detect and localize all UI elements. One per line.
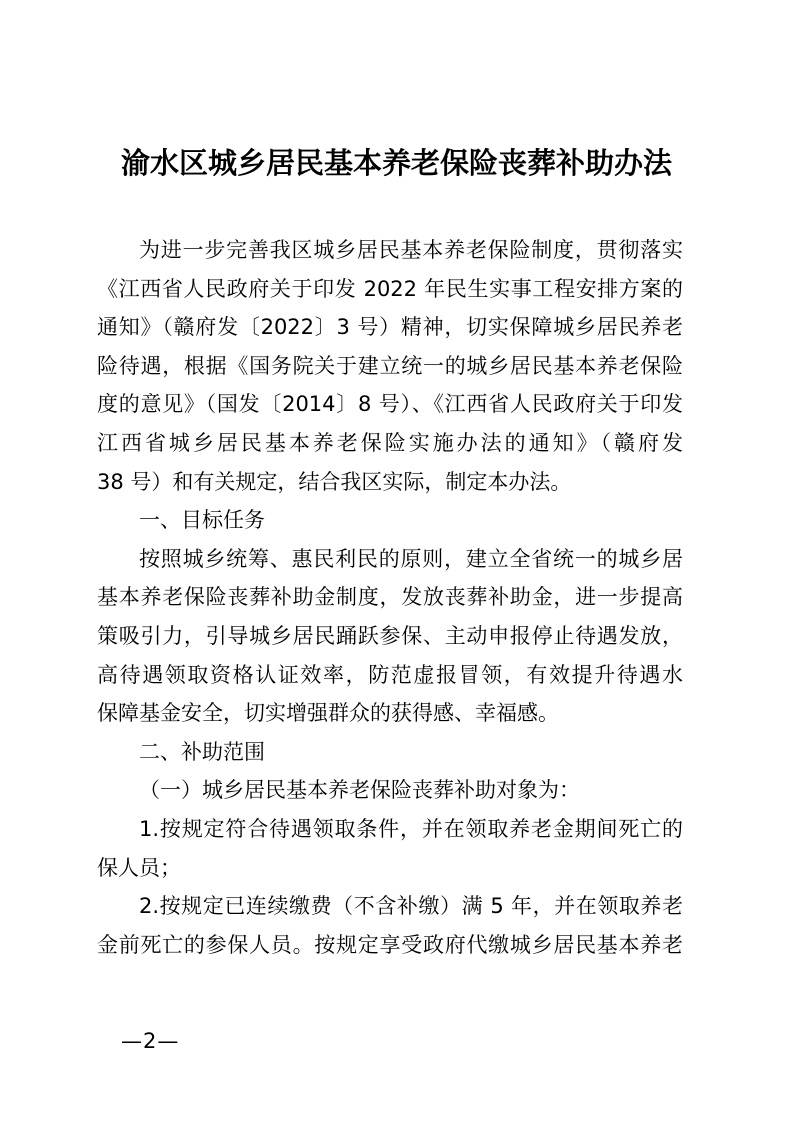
body-line: 1.按规定符合待遇领取条件，并在领取养老金期间死亡的参 bbox=[97, 810, 683, 849]
document-body: 为进一步完善我区城乡居民基本养老保险制度，贯彻落实 《江西省人民政府关于印发 2… bbox=[97, 231, 683, 964]
body-line: 策吸引力，引导城乡居民踊跃参保、主动申报停止待遇发放，提 bbox=[97, 617, 683, 656]
body-line: 通知》（赣府发〔2022〕3 号）精神，切实保障城乡居民养老保 bbox=[97, 308, 683, 347]
body-line: 保障基金安全，切实增强群众的获得感、幸福感。 bbox=[97, 694, 683, 733]
body-line: 按照城乡统筹、惠民利民的原则，建立全省统一的城乡居民 bbox=[97, 540, 683, 579]
document-page: 渝水区城乡居民基本养老保险丧葬补助办法 为进一步完善我区城乡居民基本养老保险制度… bbox=[0, 0, 793, 1122]
body-line: 38 号）和有关规定，结合我区实际，制定本办法。 bbox=[97, 463, 683, 502]
body-line: 《江西省人民政府关于印发 2022 年民生实事工程安排方案的 bbox=[97, 270, 683, 309]
body-line: 高待遇领取资格认证效率，防范虚报冒领，有效提升待遇水平， bbox=[97, 656, 683, 695]
body-line: 险待遇，根据《国务院关于建立统一的城乡居民基本养老保险制 bbox=[97, 347, 683, 386]
section-heading: 二、补助范围 bbox=[97, 733, 683, 772]
body-line: 2.按规定已连续缴费（不含补缴）满 5 年，并在领取养老 bbox=[97, 887, 683, 926]
body-line: 基本养老保险丧葬补助金制度，发放丧葬补助金，进一步提高政 bbox=[97, 578, 683, 617]
body-line: 江西省城乡居民基本养老保险实施办法的通知》（赣府发〔2014〕 bbox=[97, 424, 683, 463]
body-line: 金前死亡的参保人员。按规定享受政府代缴城乡居民基本养老保 bbox=[97, 926, 683, 965]
document-title: 渝水区城乡居民基本养老保险丧葬补助办法 bbox=[0, 142, 793, 184]
body-line: 保人员； bbox=[97, 849, 683, 888]
body-line: 度的意见》（国发〔2014〕8 号）、《江西省人民政府关于印发 bbox=[97, 385, 683, 424]
body-line: （一）城乡居民基本养老保险丧葬补助对象为： bbox=[97, 771, 683, 810]
page-number: —2— bbox=[121, 1027, 179, 1055]
section-heading: 一、目标任务 bbox=[97, 501, 683, 540]
body-line: 为进一步完善我区城乡居民基本养老保险制度，贯彻落实 bbox=[97, 231, 683, 270]
